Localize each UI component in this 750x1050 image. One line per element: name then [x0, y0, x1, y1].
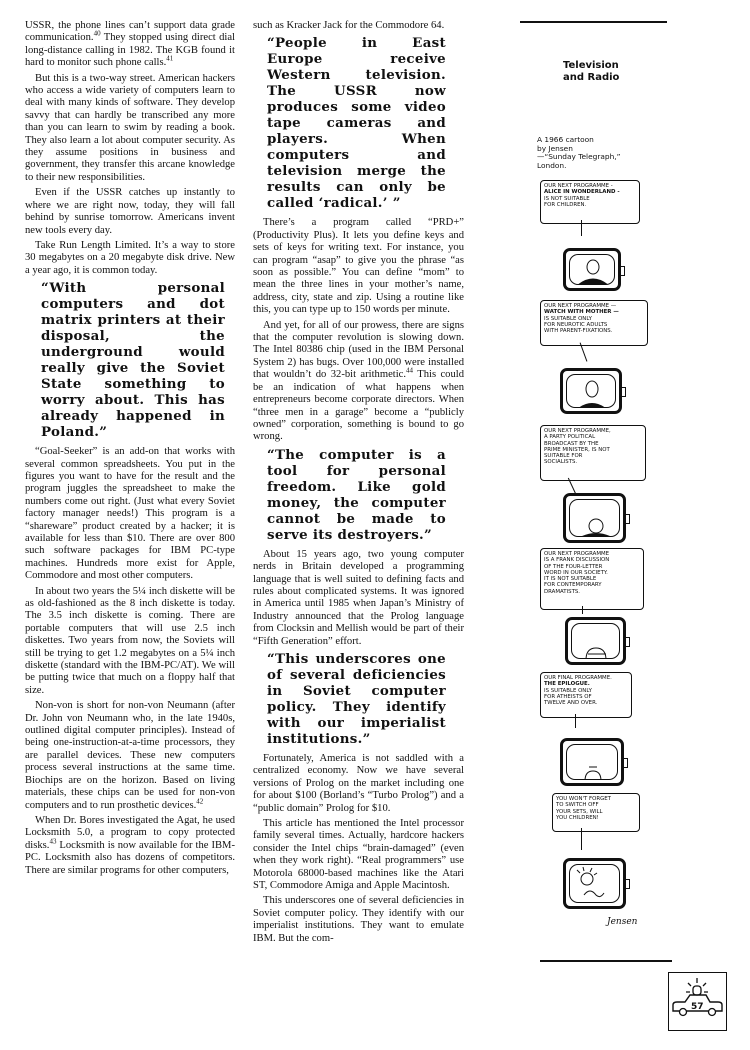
title-line: and Radio	[563, 72, 619, 84]
paragraph: such as Kracker Jack for the Commodore 6…	[253, 20, 464, 32]
title-line: Television	[563, 60, 619, 72]
bubble-tail	[581, 828, 582, 850]
paragraph: This article has mentioned the Intel pro…	[253, 818, 464, 892]
tv-knob	[620, 266, 625, 276]
pull-quote: “With personal computers and dot matrix …	[41, 280, 225, 440]
announcer-hidden-face-icon	[566, 744, 618, 780]
footnote-ref[interactable]: 41	[166, 55, 173, 63]
announcer-worried-face-icon	[566, 374, 616, 408]
pull-quote: “This underscores one of several deficie…	[267, 651, 446, 747]
paragraph: In about two years the 5¼ inch diskette …	[25, 586, 235, 698]
speech-bubble: Our next programme is a frank discussion…	[540, 548, 644, 610]
speech-bubble: Our next programme — Watch with Mother —…	[540, 300, 648, 346]
tv-set-icon	[563, 858, 626, 909]
tv-knob	[621, 387, 626, 397]
paragraph: There’s a program called “PRD+” (Product…	[253, 217, 464, 316]
speech-bubble: Our next programme, a party political br…	[540, 425, 646, 481]
pull-quote: “People in East Europe receive Western t…	[267, 35, 446, 211]
caption-line: London.	[537, 162, 620, 171]
bubble-line: with parent-fixations.	[544, 328, 644, 334]
paragraph: When Dr. Bores investigated the Agat, he…	[25, 815, 235, 877]
paragraph: About 15 years ago, two young computer n…	[253, 549, 464, 648]
pull-quote: “The computer is a tool for personal fre…	[267, 447, 446, 543]
paragraph: Fortunately, America is not saddled with…	[253, 753, 464, 815]
announcer-hands-face-icon	[571, 623, 620, 659]
cartoon-caption: A 1966 cartoon by Jensen —“Sunday Telegr…	[537, 136, 620, 170]
bubble-line: twelve and over.	[544, 700, 628, 706]
tv-set-icon	[563, 493, 626, 543]
page-number-badge: 57	[668, 972, 727, 1031]
tv-knob	[625, 879, 630, 889]
sidebar-title: Television and Radio	[563, 60, 619, 83]
footnote-ref[interactable]: 42	[196, 797, 203, 805]
speech-bubble: Our final programme. The Epilogue. is su…	[540, 672, 632, 718]
tv-knob	[625, 637, 630, 647]
tv-knob	[625, 514, 630, 524]
speech-bubble: You won't forget to switch off your sets…	[552, 793, 640, 832]
paragraph: Non-von is short for non-von Neumann (af…	[25, 700, 235, 812]
text: Locksmith is now available for the IBM-P…	[25, 840, 235, 876]
tv-knob	[623, 758, 628, 768]
paragraph: Even if the USSR catches up instantly to…	[25, 187, 235, 237]
article-column-2: such as Kracker Jack for the Commodore 6…	[253, 20, 464, 948]
bubble-line: dramatists.	[544, 589, 640, 595]
paragraph: Take Run Length Limited. It’s a way to s…	[25, 240, 235, 277]
tv-set-icon	[565, 617, 626, 665]
paragraph: And yet, for all of our prowess, there a…	[253, 320, 464, 444]
bubble-line: for children.	[544, 202, 636, 208]
footnote-ref[interactable]: 40	[94, 30, 101, 38]
announcer-frazzled-face-icon	[569, 864, 620, 903]
announcer-sinking-face-icon	[569, 499, 620, 537]
paragraph: This underscores one of several deficien…	[253, 895, 464, 945]
tv-set-icon	[560, 738, 624, 786]
tv-set-icon	[560, 368, 622, 414]
page-number: 57	[691, 1002, 704, 1012]
top-rule	[520, 21, 667, 23]
text: Non-von is short for non-von Neumann (af…	[25, 700, 235, 810]
artist-signature: Jensen	[607, 917, 637, 927]
paragraph: USSR, the phone lines can’t support data…	[25, 20, 235, 70]
bubble-line: you children!	[556, 815, 636, 821]
announcer-face-icon	[569, 254, 615, 285]
article-column-1: USSR, the phone lines can’t support data…	[25, 20, 235, 880]
paragraph: But this is a two-way street. American h…	[25, 73, 235, 185]
bubble-tail	[582, 606, 583, 614]
speech-bubble: Our next programme - Alice in Wonderland…	[540, 180, 640, 224]
bubble-line: socialists.	[544, 459, 642, 465]
bubble-tail	[575, 714, 576, 728]
paragraph: “Goal-Seeker” is an add-on that works wi…	[25, 446, 235, 582]
footnote-ref[interactable]: 44	[406, 367, 413, 375]
tv-set-icon	[563, 248, 621, 291]
bubble-tail	[581, 220, 582, 236]
bottom-rule	[540, 960, 672, 962]
